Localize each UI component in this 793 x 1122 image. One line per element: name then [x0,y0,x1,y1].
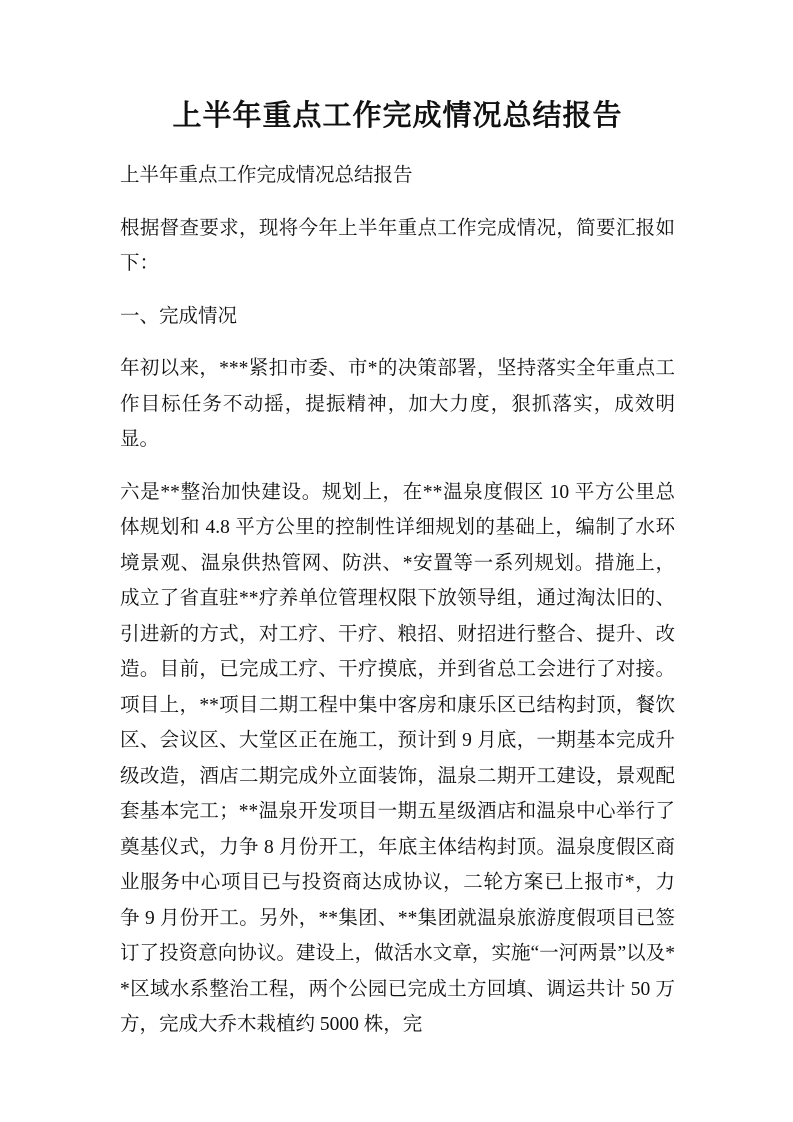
detail-paragraph: 六是**整治加快建设。规划上，在**温泉度假区 10 平方公里总体规划和 4.8… [120,475,675,1043]
document-title: 上半年重点工作完成情况总结报告 [120,94,675,138]
subtitle-line: 上半年重点工作完成情况总结报告 [120,158,675,194]
section-heading: 一、完成情况 [120,299,675,335]
overview-paragraph: 年初以来，***紧扣市委、市*的决策部署，坚持落实全年重点工作目标任务不动摇，提… [120,351,675,458]
intro-paragraph: 根据督查要求，现将今年上半年重点工作完成情况，简要汇报如下： [120,211,675,282]
document-page: 上半年重点工作完成情况总结报告 上半年重点工作完成情况总结报告 根据督查要求，现… [0,0,793,1122]
